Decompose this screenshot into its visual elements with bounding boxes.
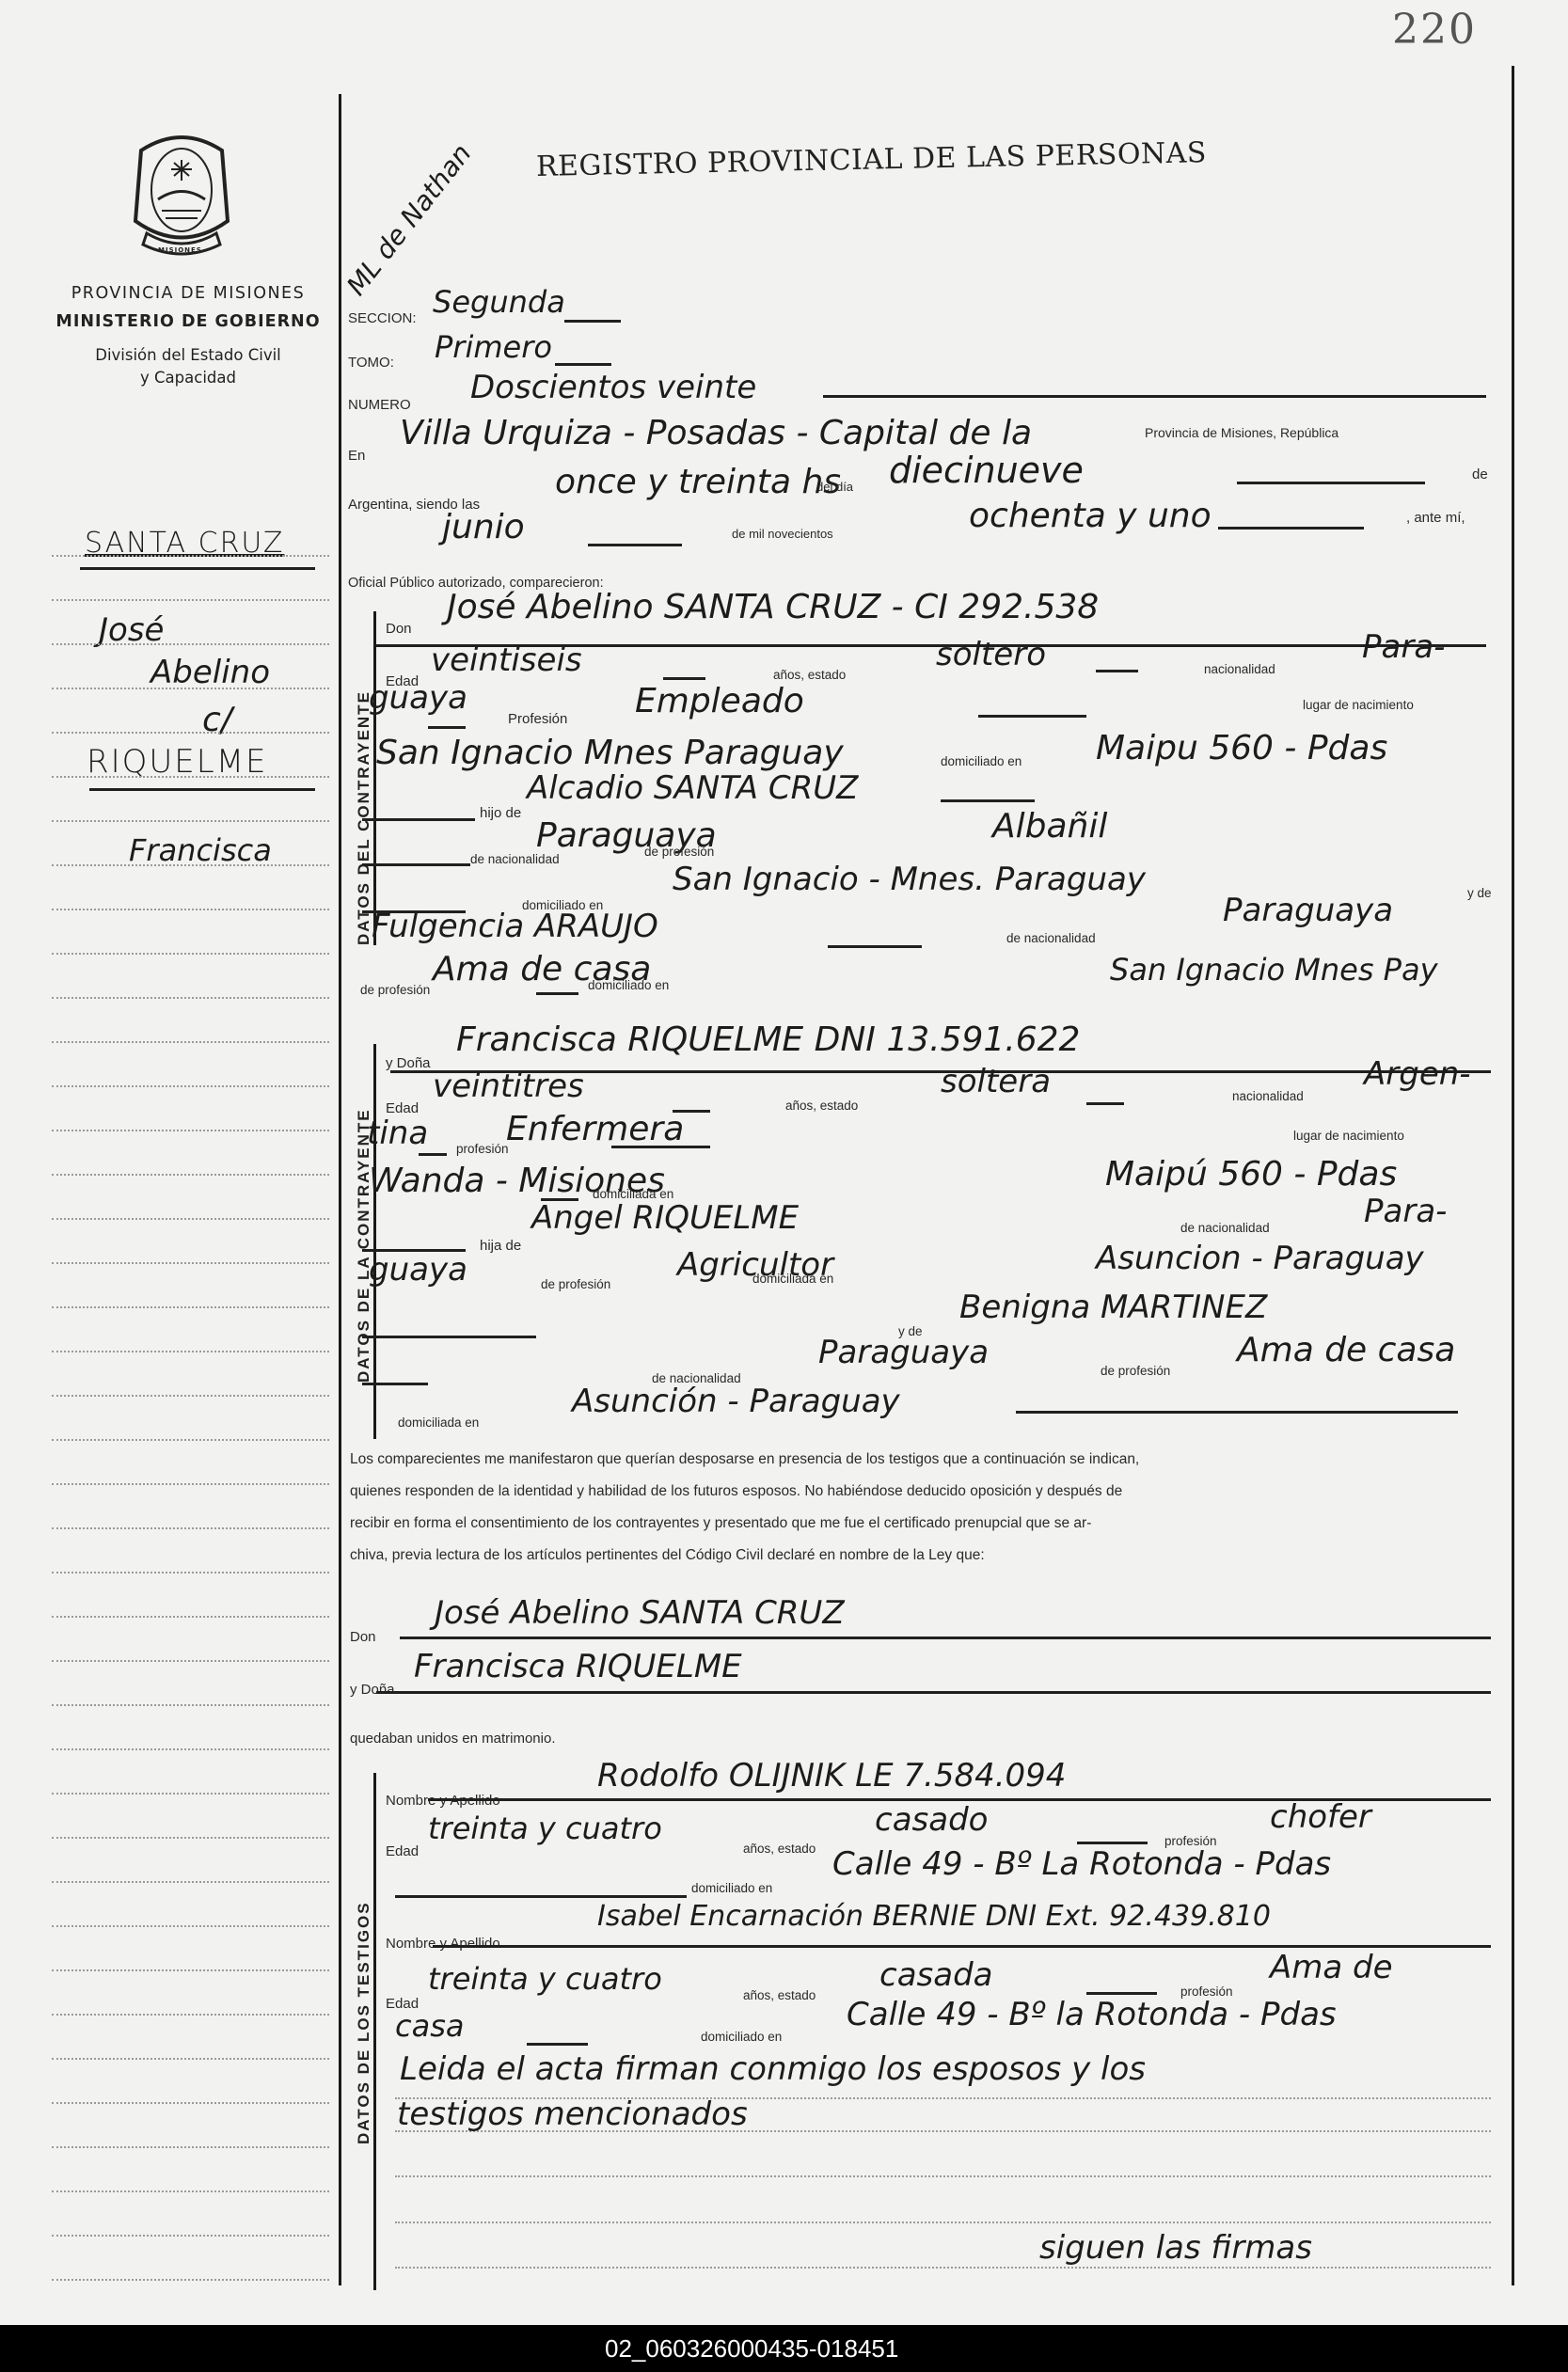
declaration-bride-name: Francisca RIQUELME xyxy=(414,1648,742,1685)
bride-edad: veintitres xyxy=(433,1067,584,1105)
witnesses-section-bar xyxy=(373,1773,376,2290)
witness-2-name-underline xyxy=(433,1945,1491,1948)
hora-value: once y treinta hs xyxy=(555,463,841,501)
bride-madre: Benigna MARTINEZ xyxy=(959,1289,1267,1326)
bride-madre-lead-underline xyxy=(362,1336,536,1338)
bride-padre-dom-label: domiciliada en xyxy=(752,1272,833,1286)
bride-nac-underline xyxy=(419,1153,447,1156)
groom-nacionalidad-2: guaya xyxy=(369,679,467,717)
declaration-text: Los comparecientes me manifestaron que q… xyxy=(350,1444,1493,1572)
groom-madre-dom-label: domiciliado en xyxy=(588,978,669,992)
declaration-line-4: chiva, previa lectura de los artículos p… xyxy=(350,1540,1493,1572)
witness-2-estado-underline xyxy=(1086,1992,1157,1995)
bride-padre: Angel RIQUELME xyxy=(531,1199,799,1237)
bride-lugar-nac-label: lugar de nacimiento xyxy=(1293,1129,1404,1143)
groom-profesion-underline xyxy=(978,715,1086,718)
seccion-value: Segunda xyxy=(433,284,565,320)
province-name: PROVINCIA DE MISIONES xyxy=(52,284,325,303)
page-number: 220 xyxy=(1392,6,1477,54)
numero-value: Doscientos veinte xyxy=(470,369,756,406)
anio-underline xyxy=(1218,527,1364,530)
bride-mnac-underline xyxy=(362,1383,428,1385)
notes-line-4-rule xyxy=(395,2222,1491,2223)
groom-nac-underline xyxy=(428,726,466,729)
groom-padre-profesion: Albañil xyxy=(992,807,1107,846)
witness-1-name: Rodolfo OLIJNIK LE 7.584.094 xyxy=(597,1757,1066,1795)
witness-2-domiciliado-label: domiciliado en xyxy=(701,2030,782,2044)
dia-value: diecinueve xyxy=(889,450,1084,491)
groom-domicilio: Maipu 560 - Pdas xyxy=(1096,729,1387,767)
emblem-icon xyxy=(130,132,233,263)
groom-madre-underline xyxy=(828,945,922,948)
seccion-underline xyxy=(564,320,621,323)
witness-2-name: Isabel Encarnación BERNIE DNI Ext. 92.43… xyxy=(597,1900,1271,1933)
witness-2-edad: treinta y cuatro xyxy=(428,1961,662,1997)
groom-profesion-label: Profesión xyxy=(508,711,567,727)
groom-de-prof-label: de profesión xyxy=(644,845,714,859)
groom-madre: Fulgencia ARAUJO xyxy=(372,908,658,945)
en-label: En xyxy=(348,448,365,464)
groom-nacionalidad-1: Para- xyxy=(1362,628,1445,666)
de-mil-label: de mil novecientos xyxy=(732,527,833,541)
groom-padre: Alcadio SANTA CRUZ xyxy=(527,769,858,807)
declaration-dona-label: y Doña xyxy=(350,1682,395,1698)
bride-dona-label: y Doña xyxy=(386,1055,431,1071)
groom-madre-prof-label: de profesión xyxy=(360,983,430,997)
bride-madre-profesion: Ama de casa xyxy=(1237,1331,1455,1369)
bride-estado-underline xyxy=(1086,1102,1124,1105)
bride-madre-nacionalidad: Paraguaya xyxy=(818,1334,989,1371)
groom-estado: soltero xyxy=(936,636,1046,673)
bride-nacionalidad-1: Argen- xyxy=(1364,1055,1471,1093)
witness-1-estado: casado xyxy=(875,1801,988,1839)
groom-padre-underline xyxy=(941,799,1035,802)
witness-1-edad-label: Edad xyxy=(386,1843,419,1859)
numero-label: NUMERO xyxy=(348,397,411,413)
groom-edad: veintiseis xyxy=(431,641,582,679)
bride-madre-prof-label: de profesión xyxy=(1101,1364,1170,1378)
declaration-line-2: quienes responden de la identidad y habi… xyxy=(350,1476,1493,1508)
division-line2: y Capacidad xyxy=(52,369,325,387)
witness-1-domiciliado-label: domiciliado en xyxy=(691,1881,772,1895)
tomo-value: Primero xyxy=(435,329,552,365)
bride-name: Francisca RIQUELME DNI 13.591.622 xyxy=(456,1020,1080,1059)
form-right-border xyxy=(1512,66,1514,2285)
dia-underline xyxy=(1237,482,1425,484)
bride-padre-nacionalidad-2: guaya xyxy=(369,1251,467,1289)
mes-underline xyxy=(588,544,682,546)
bride-madre-domicilio: Asunción - Paraguay xyxy=(572,1383,900,1420)
notes-line-3-rule xyxy=(395,2175,1491,2177)
groom-y-de-label: y de xyxy=(1467,886,1492,900)
groom-estado-underline xyxy=(1096,670,1138,672)
groom-madre-prof-underline xyxy=(536,992,578,995)
declaration-line-3: recibir en forma el consentimiento de lo… xyxy=(350,1508,1493,1540)
emblem-label: MISIONES xyxy=(158,246,202,254)
declaration-line-1: Los comparecientes me manifestaron que q… xyxy=(350,1444,1493,1476)
witness-1-anios-estado: años, estado xyxy=(743,1842,816,1856)
bride-profesion-underline xyxy=(611,1146,710,1148)
groom-lugar-nac: San Ignacio Mnes Paraguay xyxy=(376,734,844,772)
groom-lugar-nac-label: lugar de nacimiento xyxy=(1303,698,1414,712)
groom-madre-domicilio: San Ignacio Mnes Pay xyxy=(1110,952,1438,988)
bride-padre-nac-label: de nacionalidad xyxy=(1180,1221,1270,1235)
tomo-underline xyxy=(555,363,611,366)
groom-edad-underline xyxy=(663,677,705,680)
bride-anios-estado: años, estado xyxy=(785,1099,858,1113)
provincia-text: Provincia de Misiones, República xyxy=(1145,425,1338,440)
mes-value: junio xyxy=(442,508,525,546)
groom-hijo-de-label: hijo de xyxy=(480,805,521,821)
bride-domicilio: Maipú 560 - Pdas xyxy=(1105,1155,1397,1194)
declaration-don-label: Don xyxy=(350,1629,376,1645)
declaration-groom-name: José Abelino SANTA CRUZ xyxy=(435,1594,845,1632)
witness-2-profesion-2: casa xyxy=(395,2008,464,2044)
margin-ruled-lines xyxy=(52,555,329,2323)
division-line1: División del Estado Civil xyxy=(52,346,325,364)
witness-2-profesion-1: Ama de xyxy=(1270,1949,1393,1986)
annotation-handwritten: ML de Nathan xyxy=(341,138,478,301)
groom-anios-estado: años, estado xyxy=(773,668,846,682)
del-dia-label: del día xyxy=(816,480,853,494)
page-title: REGISTRO PROVINCIAL DE LAS PERSONAS xyxy=(536,136,1208,183)
ministry-name: MINISTERIO DE GOBIERNO xyxy=(52,312,325,331)
notes-line-2: testigos mencionados xyxy=(397,2095,748,2133)
groom-nacionalidad-label: nacionalidad xyxy=(1204,662,1275,676)
numero-underline xyxy=(823,395,1486,398)
groom-madre-nacionalidad: Paraguaya xyxy=(1223,892,1393,929)
seccion-label: SECCION: xyxy=(348,310,417,326)
declaration-groom-underline xyxy=(400,1637,1491,1639)
groom-name: José Abelino SANTA CRUZ - CI 292.538 xyxy=(447,588,1099,626)
groom-section-bar xyxy=(373,611,376,945)
witness-1-estado-underline xyxy=(1077,1842,1148,1844)
bride-padre-domicilio: Asuncion - Paraguay xyxy=(1096,1240,1424,1277)
bride-profesion: Enfermera xyxy=(506,1110,684,1148)
ante-mi-label: , ante mí, xyxy=(1406,510,1465,526)
bride-hija-de-label: hija de xyxy=(480,1238,521,1254)
bride-madre-dom-underline xyxy=(1016,1411,1458,1414)
groom-pnac-underline xyxy=(362,863,470,866)
groom-hijo-underline xyxy=(362,818,475,821)
witness-2-nombre-label: Nombre y Apellido xyxy=(386,1936,500,1952)
groom-padre-domicilio: San Ignacio - Mnes. Paraguay xyxy=(673,861,1146,898)
witness-2-anios-estado: años, estado xyxy=(743,1988,816,2002)
witness-2-domicilio: Calle 49 - Bº la Rotonda - Pdas xyxy=(847,1996,1337,2033)
de-label-1: de xyxy=(1472,466,1488,482)
lugar-value: Villa Urquiza - Posadas - Capital de la xyxy=(400,414,1032,452)
bride-padre-prof-label: de profesión xyxy=(541,1277,610,1291)
bride-padre-nacionalidad-1: Para- xyxy=(1364,1193,1447,1230)
anio-value: ochenta y uno xyxy=(969,497,1212,535)
witness-1-profesion: chofer xyxy=(1270,1798,1371,1836)
witness-1-edad: treinta y cuatro xyxy=(428,1811,662,1846)
groom-domiciliado-label: domiciliado en xyxy=(941,754,1022,768)
image-id: 02_060326000435-018451 xyxy=(605,2334,898,2364)
witness-2-prof-underline xyxy=(527,2043,588,2046)
form-left-border xyxy=(339,94,341,2285)
groom-don-label: Don xyxy=(386,621,412,637)
bride-estado: soltera xyxy=(941,1063,1051,1100)
groom-profesion: Empleado xyxy=(635,682,804,720)
notes-line-1: Leida el acta firman conmigo los esposos… xyxy=(400,2050,1146,2088)
bride-section-bar xyxy=(373,1044,376,1439)
bride-nacionalidad-label: nacionalidad xyxy=(1232,1089,1304,1103)
bride-madre-dom-label: domiciliada en xyxy=(398,1415,479,1430)
signature-note: siguen las firmas xyxy=(1039,2229,1312,2267)
tomo-label: TOMO: xyxy=(348,355,394,371)
witness-1-dom-lead xyxy=(395,1895,687,1898)
declaration-bride-underline xyxy=(376,1691,1491,1694)
declaration-closing: quedaban unidos en matrimonio. xyxy=(350,1731,555,1747)
bride-profesion-label: profesión xyxy=(456,1142,509,1156)
groom-madre-nac-label: de nacionalidad xyxy=(1006,931,1096,945)
witness-2-estado: casada xyxy=(879,1956,993,1994)
footer-bar: 02_060326000435-018451 xyxy=(0,2325,1568,2372)
bride-nacionalidad-2: tina xyxy=(367,1115,428,1152)
witnesses-section-label: DATOS DE LOS TESTIGOS xyxy=(355,1901,373,2144)
notes-line-5-rule xyxy=(395,2267,1491,2269)
witness-1-domicilio: Calle 49 - Bº La Rotonda - Pdas xyxy=(832,1845,1331,1883)
